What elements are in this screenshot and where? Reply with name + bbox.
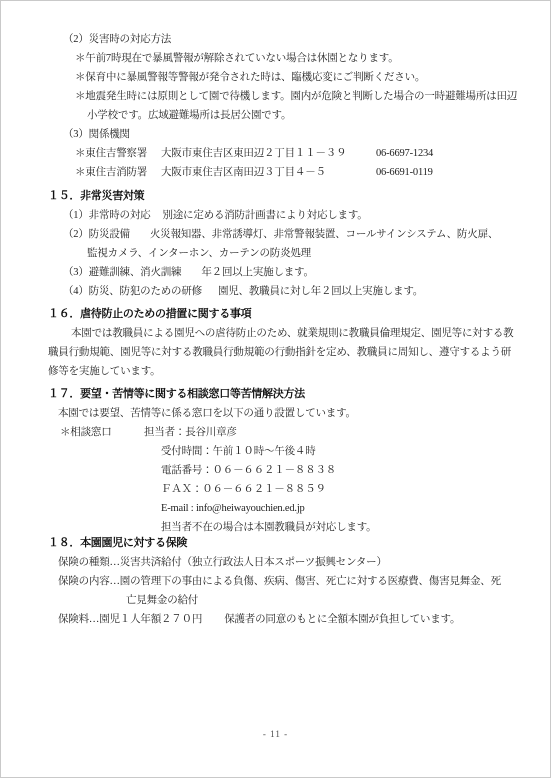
item-label: （4）防災、防犯のための研修 (63, 286, 202, 297)
agency-phone: 06-6697-1234 (376, 148, 433, 159)
disaster-response-title: （2）災害時の対応方法 (1, 30, 536, 49)
sec17-window-row: ＊相談窓口担当者：長谷川章彦 (1, 423, 536, 442)
contact-email: E-mail : info@heiwayouchien.ed.jp (1, 499, 536, 518)
agency-phone: 06-6691-0119 (376, 167, 433, 178)
earthquake-note-line2: 小学校です。広域避難場所は長居公園です。 (1, 106, 536, 125)
section-15-heading: １５．非常災害対策 (1, 187, 536, 206)
premium-note: 保護者の同意のもとに全額本園が負担しています。 (224, 614, 460, 625)
item-text: 別途に定める消防計画書により対応します。 (162, 210, 367, 221)
sec15-item1: （1）非常時の対応別途に定める消防計画書により対応します。 (1, 206, 536, 225)
insurance-coverage-line1: 保険の内容…園の管理下の事由による負傷、疾病、傷害、死亡に対する医療費、傷害見舞… (1, 572, 536, 591)
insurance-premium-row: 保険料…園児１人年額２７０円保護者の同意のもとに全額本園が負担しています。 (1, 610, 536, 629)
section-16-abuse-prevention: １６．虐待防止のための措置に関する事項 本園では教職員による園児への虐待防止のた… (1, 305, 536, 381)
during-care-note: ＊保育中に暴風警報等警報が発令された時は、臨機応変にご判断ください。 (1, 68, 536, 87)
contact-person: 担当者：長谷川章彦 (144, 427, 237, 438)
sec15-item2: （2）防災設備火災報知器、非常誘導灯、非常警報装置、コールサインシステム、防火扉… (1, 225, 536, 244)
sec16-paragraph-line2: 職員行動規範、園児等に対する教職員行動規範の行動指針を定め、教職員に周知し、遵守… (1, 343, 536, 362)
premium-label: 保険料…園児１人年額２７０円 (58, 614, 202, 625)
earthquake-note-line1: ＊地震発生時には原則として園で待機します。園内が危険と判断した場合の一時避難場所… (1, 87, 536, 106)
agency-row-police: ＊東住吉警察署大阪市東住吉区東田辺２丁目１１－３９06-6697-1234 (1, 144, 536, 163)
item-text: 火災報知器、非常誘導灯、非常警報装置、コールサインシステム、防火扉、 (150, 229, 498, 240)
agency-name: ＊東住吉消防署 (75, 163, 161, 182)
item-label: （2）防災設備 (63, 229, 130, 240)
section-15-emergency-measures: １５．非常災害対策 （1）非常時の対応別途に定める消防計画書により対応します。 … (1, 187, 536, 301)
agency-address: 大阪市東住吉区南田辺３丁目４－５ (161, 163, 376, 182)
insurance-type: 保険の種類…災害共済給付（独立行政法人日本スポーツ振興センター） (1, 553, 536, 572)
section-17-complaints-window: １７．要望・苦情等に関する相談窓口等苦情解決方法 本園では要望、苦情等に係る窓口… (1, 385, 536, 537)
agency-row-fire: ＊東住吉消防署大阪市東住吉区南田辺３丁目４－５06-6691-0119 (1, 163, 536, 182)
sec16-paragraph-line1: 本園では教職員による園児への虐待防止のため、就業規則に教職員倫理規定、園児等に対… (1, 324, 536, 343)
section-16-heading: １６．虐待防止のための措置に関する事項 (1, 305, 536, 324)
agency-address: 大阪市東住吉区東田辺２丁目１１－３９ (161, 144, 376, 163)
sec15-item4: （4）防災、防犯のための研修園児、教職員に対し年２回以上実施します。 (1, 282, 536, 301)
item-text: 園児、教職員に対し年２回以上実施します。 (218, 286, 423, 297)
contact-fax: ＦＡＸ：０６－６６２１－８８５９ (1, 480, 536, 499)
page-number: - 11 - (1, 728, 550, 740)
sec17-intro: 本園では要望、苦情等に係る窓口を以下の通り設置しています。 (1, 404, 536, 423)
storm-warning-note: ＊午前7時現在で暴風警報が解除されていない場合は休園となります。 (1, 49, 536, 68)
contact-hours: 受付時間：午前１０時～午後４時 (1, 442, 536, 461)
consultation-window-label: ＊相談窓口 (60, 423, 144, 442)
section-17-heading: １７．要望・苦情等に関する相談窓口等苦情解決方法 (1, 385, 536, 404)
related-agencies-title: （3）関係機関 (1, 125, 536, 144)
sec15-item3: （3）避難訓練、消火訓練年２回以上実施します。 (1, 263, 536, 282)
item-label: （3）避難訓練、消火訓練 (63, 267, 181, 278)
sec16-paragraph-line3: 修等を実施しています。 (1, 362, 536, 381)
section-disaster-response: （2）災害時の対応方法 ＊午前7時現在で暴風警報が解除されていない場合は休園とな… (1, 30, 536, 182)
insurance-coverage-line2: 亡見舞金の給付 (1, 591, 536, 610)
section-18-insurance: １８．本園園児に対する保険 保険の種類…災害共済給付（独立行政法人日本スポーツ振… (1, 534, 536, 629)
agency-name: ＊東住吉警察署 (75, 144, 161, 163)
sec15-item2-continuation: 監視カメラ、インターホン、カーテンの防炎処理 (1, 244, 536, 263)
document-page: （2）災害時の対応方法 ＊午前7時現在で暴風警報が解除されていない場合は休園とな… (0, 0, 551, 778)
item-text: 年２回以上実施します。 (201, 267, 313, 278)
section-18-heading: １８．本園園児に対する保険 (1, 534, 536, 553)
contact-phone: 電話番号：０６－６６２１－８８３８ (1, 461, 536, 480)
item-label: （1）非常時の対応 (63, 210, 150, 221)
